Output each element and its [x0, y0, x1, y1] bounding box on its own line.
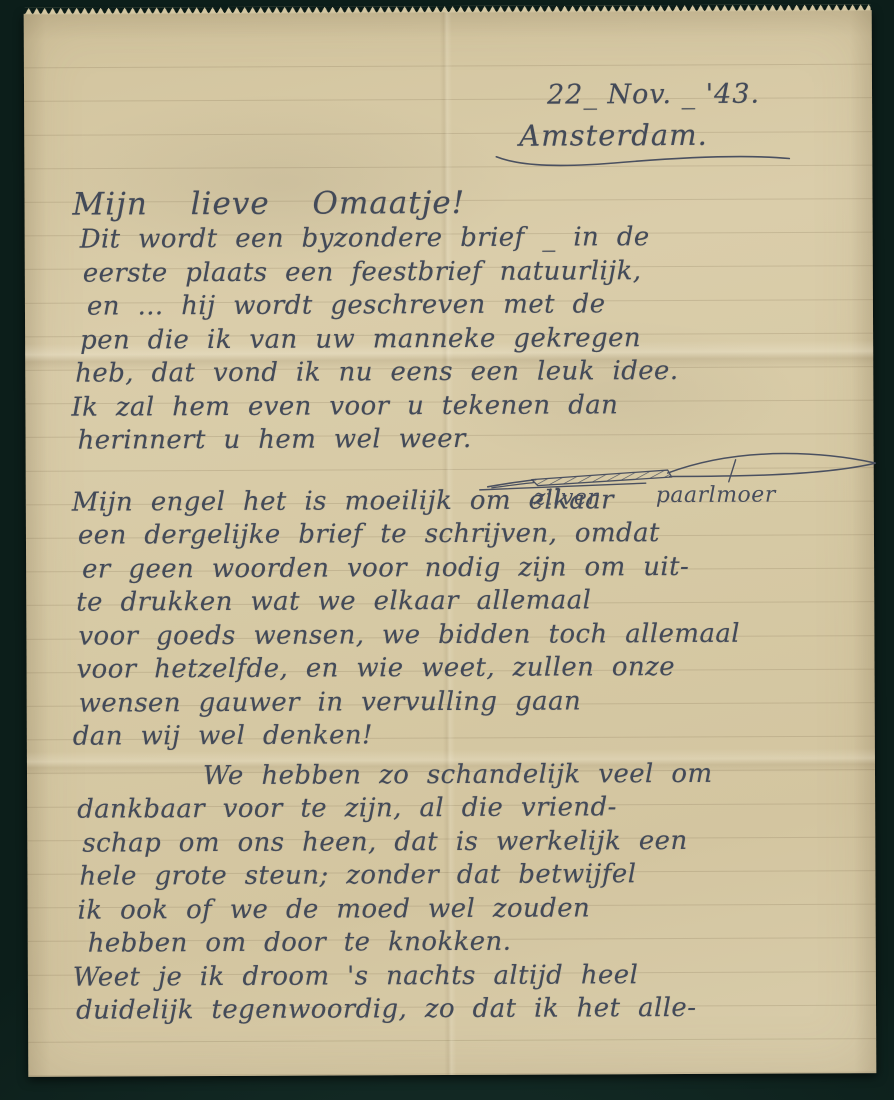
- letter-line: te drukken wat we elkaar allemaal: [76, 583, 844, 620]
- letter-line: Ik zal hem even voor u tekenen dan: [71, 388, 843, 425]
- underline-flourish-icon: [493, 150, 793, 169]
- letter-line: en ... hij wordt geschreven met de: [87, 287, 843, 324]
- letter-line: dankbaar voor te zijn, al die vriend-: [77, 790, 845, 827]
- letter-line: Dit wordt een byzondere brief _ in de: [80, 220, 843, 257]
- scan-background: 22_ Nov. _ '43. Amsterdam. Mijn lieve Om…: [0, 0, 894, 1100]
- letter-line: voor goeds wensen, we bidden toch allema…: [78, 617, 844, 654]
- letter-paper: 22_ Nov. _ '43. Amsterdam. Mijn lieve Om…: [24, 10, 877, 1077]
- paragraph-3: We hebben zo schandelijk veel om dankbaa…: [75, 757, 846, 1028]
- letter-line: heb, dat vond ik nu eens een leuk idee.: [75, 354, 843, 391]
- letter-line: dan wij wel denken!: [73, 717, 845, 754]
- pen-material-label-silver: zilver: [534, 485, 599, 510]
- letter-line: voor hetzelfde, en wie weet, zullen onze: [76, 650, 844, 687]
- letter-line: hele grote steun; zonder dat betwijfel: [79, 857, 845, 894]
- pen-material-label-pearl: paarlmoer: [656, 483, 776, 509]
- letter-line: pen die ik van uw manneke gekregen: [80, 321, 843, 358]
- salutation-line: Mijn lieve Omaatje!: [72, 182, 842, 223]
- letter-content: 22_ Nov. _ '43. Amsterdam. Mijn lieve Om…: [24, 10, 877, 1077]
- date-block: 22_ Nov. _ '43. Amsterdam.: [547, 75, 760, 156]
- letter-line: Weet je ik droom 's nachts altijd heel: [73, 958, 846, 995]
- letter-line: schap om ons heen, dat is werkelijk een: [82, 824, 845, 861]
- date-line: 22_ Nov. _ '43.: [547, 75, 760, 116]
- letter-line: We hebben zo schandelijk veel om: [203, 757, 845, 793]
- paragraph-1: Dit wordt een byzondere brief _ in de ee…: [73, 220, 844, 458]
- fountain-pen-sketch: zilver paarlmoer: [478, 446, 882, 526]
- letter-line: eerste plaats een feestbrief natuurlijk,: [83, 254, 843, 291]
- letter-line: er geen woorden voor nodig zijn om uit-: [82, 550, 844, 587]
- letter-line: wensen gauwer in vervulling gaan: [79, 684, 845, 721]
- letter-line: hebben om door te knokken.: [88, 924, 846, 961]
- place-line: Amsterdam.: [519, 115, 760, 156]
- place-text: Amsterdam.: [519, 118, 708, 153]
- letter-line: duidelijk tegenwoordig, zo dat ik het al…: [76, 991, 846, 1028]
- letter-line: ik ook of we de moed wel zouden: [78, 891, 846, 928]
